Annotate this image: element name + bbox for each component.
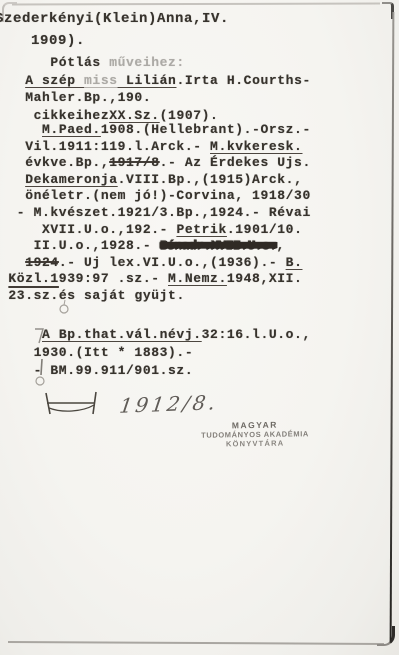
typed-segment: 1924 (25, 255, 59, 270)
typed-line: Vil.1911:119.l.Arck.- M.kvkeresk. (0, 139, 311, 156)
card-corner-bottom-right (377, 626, 395, 646)
typed-segment: cikkeihez (0, 108, 109, 123)
typed-line: 1909). (0, 30, 229, 52)
typed-line: önéletr.(nem jó!)-Corvina, 1918/30 (0, 188, 311, 205)
typed-segment: (1907). (160, 108, 219, 123)
typed-paragraph-sources: M.Paed.1908.(Hellebrant).-Orsz.- Vil.191… (0, 122, 311, 305)
typed-segment: Szederkényi(Klein)Anna,IV. (0, 11, 229, 27)
typed-segment: - M.kvészet.1921/3.Bp.,1924.- Révai (0, 205, 311, 220)
margin-stroke-icon (35, 358, 49, 388)
typed-segment: .- Az Érdekes Ujs. (160, 155, 311, 170)
typed-segment: 1917/8 (109, 155, 159, 170)
typed-segment: - BM.99.911/901.sz. (0, 363, 193, 378)
typed-line: A szép miss Lilián.Irta H.Courths- (0, 72, 311, 90)
typed-line: Közl.1939:97 .sz.- M.Nemz.1948,XII. (0, 271, 311, 288)
handwritten-annotation: 1912/8. (42, 390, 218, 418)
typed-segment: .Irta H.Courths- (176, 73, 310, 88)
crossout-scribble-icon (42, 390, 104, 418)
typed-segment: Dekameronja (25, 172, 117, 187)
typed-line: - M.kvészet.1921/3.Bp.,1924.- Révai (0, 205, 311, 222)
typed-segment: 1948,XII. (227, 271, 303, 286)
typed-segment: B. (286, 255, 303, 270)
typed-segment: 32:16.l.U.o., (202, 327, 311, 342)
typed-segment: M.Paed. (42, 122, 101, 137)
margin-tick-icon (34, 327, 46, 345)
library-stamp: MAGYAR TUDOMÁNYOS AKADÉMIA KÖNYVTÁRA (188, 419, 322, 449)
typed-segment: Lilián (118, 73, 177, 88)
stamp-line: KÖNYVTÁRA (188, 438, 322, 449)
typed-line: 23.sz.és saját gyüjt. (0, 288, 311, 305)
catalog-card: Szederkényi(Klein)Anna,IV. 1909). Pótlás… (0, 0, 399, 655)
typed-segment: II.U.o.,1928.- (0, 238, 160, 253)
typed-segment: műveihez: (109, 55, 185, 70)
typed-segment: .- Uj lex.VI.U.o.,(1936).- (59, 255, 286, 270)
typed-paragraph-heading: Szederkényi(Klein)Anna,IV. 1909). (0, 8, 229, 52)
typed-segment: XVII.U.o.,192.- (0, 222, 176, 237)
card-edge-top (12, 3, 380, 5)
typed-segment: Bénadr.XVII.U.o. (160, 238, 277, 253)
typed-segment (0, 122, 42, 137)
typed-line: M.Paed.1908.(Hellebrant).-Orsz.- (0, 122, 311, 139)
typed-segment: A szép (25, 73, 84, 88)
typed-segment (0, 172, 25, 187)
typed-segment: és saját gyüjt. (59, 288, 185, 303)
typed-line: Szederkényi(Klein)Anna,IV. (0, 8, 229, 30)
typed-line: XVII.U.o.,192.- Petrik.1901/10. (0, 222, 311, 239)
typed-segment: Vil.1911:119.l.Arck.- (0, 139, 210, 154)
typed-segment: önéletr.(nem jó!)-Corvina, 1918/30 (0, 188, 311, 203)
typed-line: Pótlás műveihez: (0, 54, 311, 72)
proof-circle-icon (58, 299, 70, 315)
typed-segment: 1930.(Itt * 1883).- (0, 345, 193, 360)
typed-line: évkve.Bp.,1917/8.- Az Érdekes Ujs. (0, 155, 311, 172)
typed-segment: 1909). (0, 33, 85, 49)
typed-segment (0, 73, 25, 88)
card-edge-right (390, 12, 395, 641)
handwritten-note: 1912/8. (118, 390, 220, 417)
typed-segment (0, 255, 25, 270)
typed-segment: M.kvkeresk. (210, 139, 302, 154)
typed-segment: Közl.1939:97 .sz.- (0, 271, 168, 286)
typed-segment: Pótlás (0, 55, 109, 70)
typed-line: II.U.o.,1928.- Bénadr.XVII.U.o., (0, 238, 311, 255)
typed-segment: XX.Sz. (109, 108, 159, 123)
typed-paragraph-potlas: Pótlás műveihez: A szép miss Lilián.Irta… (0, 54, 311, 124)
typed-segment: Petrik (176, 222, 226, 237)
typed-segment: miss (84, 73, 118, 88)
typed-segment: 1908.(Hellebrant).-Orsz.- (101, 122, 311, 137)
typed-segment: , (276, 238, 284, 253)
typed-segment: A Bp.that.vál.névj. (42, 327, 202, 342)
typed-segment: M.Nemz. (168, 271, 227, 286)
typed-line: Dekameronja.VIII.Bp.,(1915)Arck., (0, 172, 311, 189)
typed-segment: 23.sz. (8, 288, 58, 303)
typed-segment: .VIII.Bp.,(1915)Arck., (118, 172, 303, 187)
typed-line: Mahler.Bp.,190. (0, 89, 311, 107)
typed-segment: .1901/10. (227, 222, 303, 237)
typed-segment: évkve.Bp., (0, 155, 109, 170)
typed-line: A Bp.that.vál.névj.32:16.l.U.o., (0, 326, 311, 344)
card-edge-bottom (8, 641, 384, 644)
typed-segment: Mahler.Bp.,190. (0, 90, 151, 105)
typed-line: 1924.- Uj lex.VI.U.o.,(1936).- B. (0, 255, 311, 272)
